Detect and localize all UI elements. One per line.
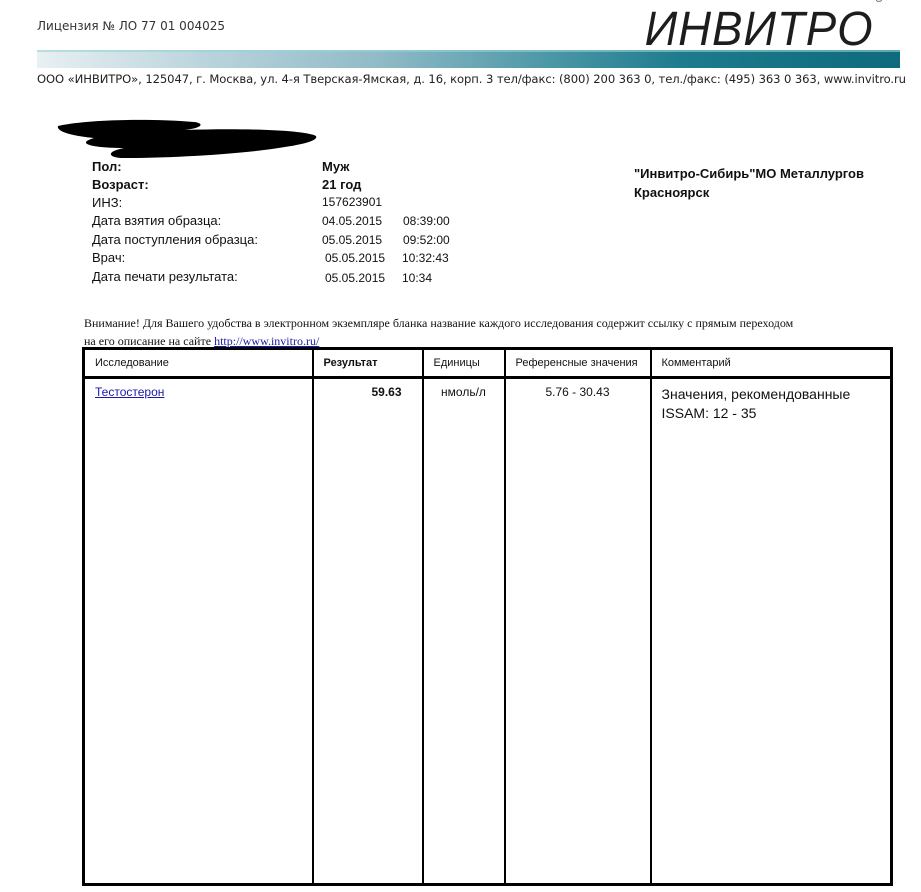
lab-office-name: "Инвитро-Сибирь"МО Металлургов (634, 164, 894, 183)
units-value: нмоль/л (423, 378, 505, 885)
sample-received-date: 05.05.2015 (322, 233, 382, 247)
column-header-reference: Референсные значения (505, 349, 651, 378)
sample-received-time: 09:52:00 (403, 233, 450, 247)
column-header-comment: Комментарий (651, 349, 892, 378)
reference-range: 5.76 - 30.43 (505, 378, 651, 885)
print-date: 05.05.2015 (325, 271, 385, 285)
company-address: ООО «ИНВИТРО», 125047, г. Москва, ул. 4-… (37, 72, 906, 86)
age-label: Возраст: (92, 177, 149, 192)
header-gradient-bar (37, 50, 900, 68)
doctor-date: 05.05.2015 (325, 251, 385, 265)
sample-received-label: Дата поступления образца: (92, 232, 258, 247)
table-header-row: Исследование Результат Единицы Референсн… (84, 349, 892, 378)
table-row: Тестостерон 59.63 нмоль/л 5.76 - 30.43 З… (84, 378, 892, 885)
study-link-testosterone[interactable]: Тестостерон (95, 385, 164, 399)
doctor-time: 10:32:43 (402, 251, 449, 265)
print-date-label: Дата печати результата: (92, 269, 238, 284)
study-cell: Тестостерон (84, 378, 313, 885)
doctor-label: Врач: (92, 250, 125, 265)
comment-line-1: Значения, рекомендованные (662, 385, 881, 404)
age-value: 21 год (322, 177, 361, 192)
lab-office-city: Красноярск (634, 183, 894, 202)
sample-taken-label: Дата взятия образца: (92, 213, 221, 228)
sex-label: Пол: (92, 159, 122, 174)
sample-taken-date: 04.05.2015 (322, 214, 382, 228)
notice-line-1: Внимание! Для Вашего удобства в электрон… (84, 314, 793, 332)
invitro-site-link[interactable]: http://www.invitro.ru/ (214, 334, 319, 348)
comment-cell: Значения, рекомендованные ISSAM: 12 - 35 (651, 378, 892, 885)
registered-mark-icon: ® (875, 0, 883, 5)
sample-taken-time: 08:39:00 (403, 214, 450, 228)
logo-text: ИНВИТРО (644, 3, 873, 56)
column-header-units: Единицы (423, 349, 505, 378)
invitro-logo: ИНВИТРО® (644, 2, 883, 57)
results-table: Исследование Результат Единицы Референсн… (82, 347, 893, 886)
license-number: Лицензия № ЛО 77 01 004025 (37, 19, 225, 33)
print-time: 10:34 (402, 271, 432, 285)
comment-line-2: ISSAM: 12 - 35 (662, 404, 881, 423)
lab-office: "Инвитро-Сибирь"МО Металлургов Красноярс… (634, 164, 894, 202)
result-value: 59.63 (313, 378, 423, 885)
notice: Внимание! Для Вашего удобства в электрон… (84, 314, 793, 350)
column-header-result: Результат (313, 349, 423, 378)
sex-value: Муж (322, 159, 349, 174)
column-header-study: Исследование (84, 349, 313, 378)
inz-value: 157623901 (322, 195, 382, 209)
redacted-patient-name (54, 118, 319, 160)
inz-label: ИНЗ: (92, 195, 122, 210)
